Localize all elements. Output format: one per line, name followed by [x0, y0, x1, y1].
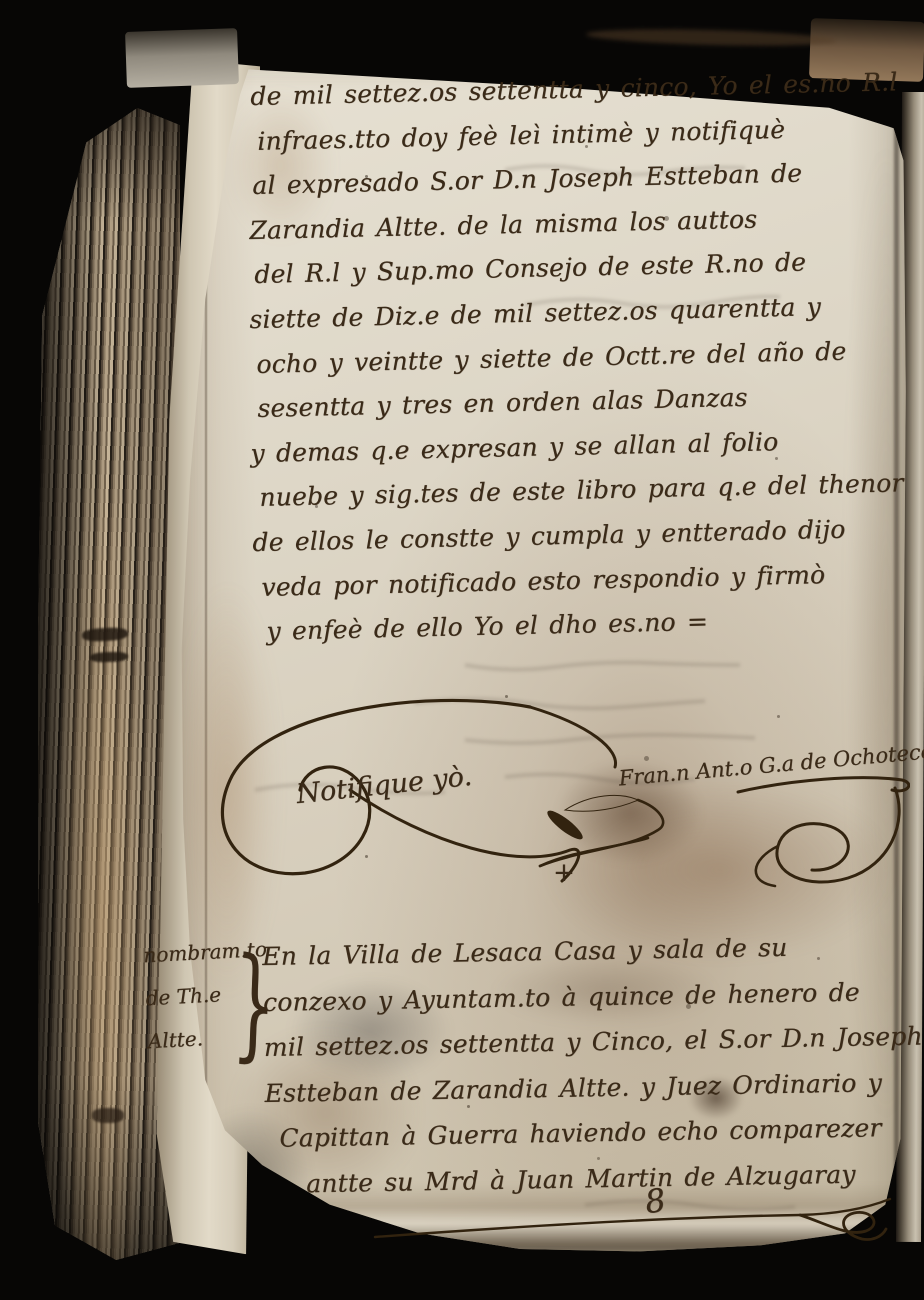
page-number-flourish-icon — [370, 1195, 900, 1260]
cross-mark: + — [553, 858, 575, 888]
photograph-backdrop: de mil settez.os settentta y cinco, Yo e… — [0, 0, 924, 1300]
second-paragraph: En la Villa de Lesaca Casa y sala de su … — [262, 931, 907, 1215]
rubric-flourish-icon — [730, 770, 910, 890]
main-paragraph: de mil settez.os settentta y cinco, Yo e… — [250, 67, 923, 662]
handwriting-layer: de mil settez.os settentta y cinco, Yo e… — [0, 0, 924, 1300]
small-rubric-flourish-icon — [520, 788, 680, 883]
